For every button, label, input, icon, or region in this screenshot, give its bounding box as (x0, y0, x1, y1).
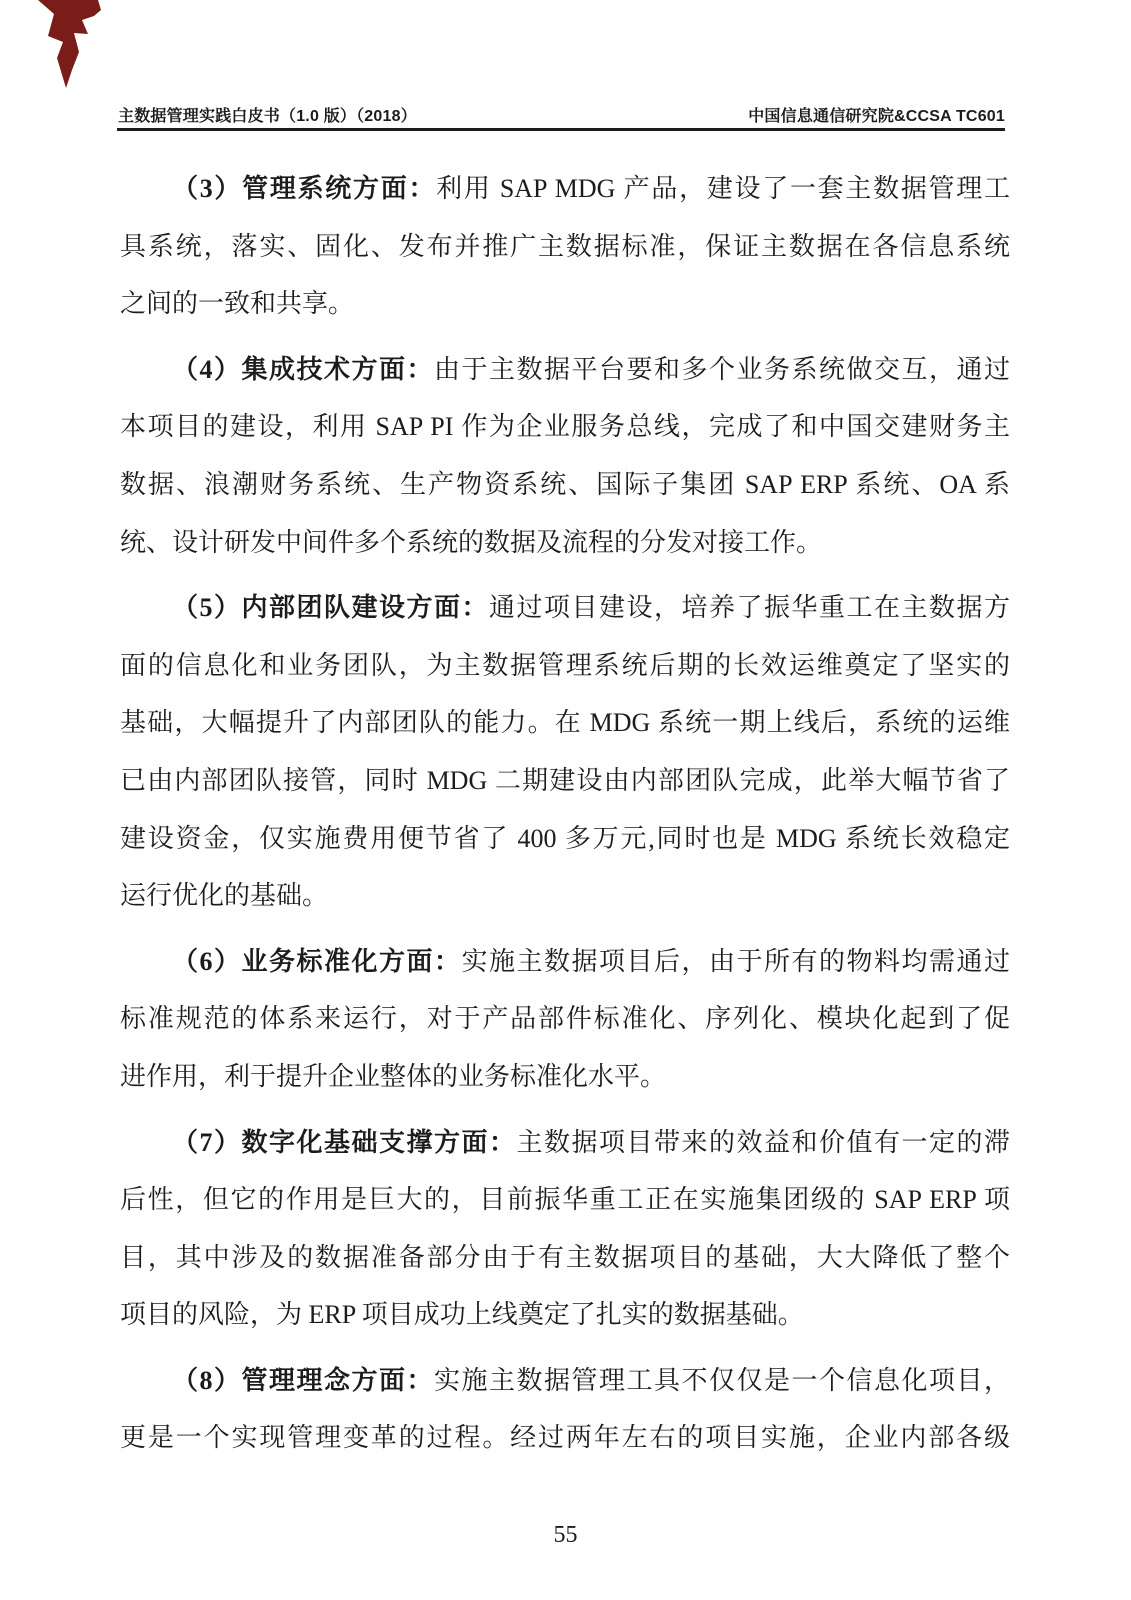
paragraph-line: 数据、浪潮财务系统、生产物资系统、国际子集团 SAP ERP 系统、OA 系 (120, 456, 1010, 514)
paragraph-line: 标准规范的体系来运行，对于产品部件标准化、序列化、模块化起到了促 (120, 990, 1010, 1048)
paragraph-line: 后性，但它的作用是巨大的，目前振华重工正在实施集团级的 SAP ERP 项 (120, 1171, 1010, 1229)
paragraph-line: （8）管理理念方面：实施主数据管理工具不仅仅是一个信息化项目， (120, 1352, 1010, 1410)
page-footer: 55 (0, 1522, 1131, 1549)
paragraph: （7）数字化基础支撑方面：主数据项目带来的效益和价值有一定的滞后性，但它的作用是… (120, 1114, 1010, 1344)
page-number: 55 (554, 1522, 578, 1548)
header-left-title: 主数据管理实践白皮书（1.0 版）（2018） (118, 103, 417, 126)
paragraph-line: 建设资金，仅实施费用便节省了 400 多万元,同时也是 MDG 系统长效稳定 (120, 810, 1010, 868)
paragraph-lead: （4）集成技术方面： (172, 355, 434, 384)
corner-stamp-shape (38, 0, 101, 88)
paragraph-line: 本项目的建设，利用 SAP PI 作为企业服务总线，完成了和中国交建财务主 (120, 398, 1010, 456)
document-page: 主数据管理实践白皮书（1.0 版）（2018） 中国信息通信研究院&CCSA T… (0, 0, 1131, 1600)
paragraph-line: 之间的一致和共享。 (120, 275, 1010, 333)
paragraph-lead: （7）数字化基础支撑方面： (172, 1128, 517, 1157)
paragraph-line: （5）内部团队建设方面：通过项目建设，培养了振华重工在主数据方 (120, 579, 1010, 637)
paragraph: （3）管理系统方面：利用 SAP MDG 产品，建设了一套主数据管理工具系统，落… (120, 160, 1010, 333)
paragraph: （4）集成技术方面：由于主数据平台要和多个业务系统做交互，通过本项目的建设，利用… (120, 341, 1010, 571)
paragraph-lead: （8）管理理念方面： (172, 1366, 434, 1395)
paragraph-line: 基础，大幅提升了内部团队的能力。在 MDG 系统一期上线后，系统的运维 (120, 694, 1010, 752)
paragraph-line: （3）管理系统方面：利用 SAP MDG 产品，建设了一套主数据管理工 (120, 160, 1010, 218)
paragraph-line: 运行优化的基础。 (120, 867, 1010, 925)
page-header: 主数据管理实践白皮书（1.0 版）（2018） 中国信息通信研究院&CCSA T… (118, 103, 1005, 126)
paragraph-line: 目，其中涉及的数据准备部分由于有主数据项目的基础，大大降低了整个 (120, 1229, 1010, 1287)
header-rule (117, 128, 1005, 131)
paragraph-line: 更是一个实现管理变革的过程。经过两年左右的项目实施，企业内部各级 (120, 1409, 1010, 1467)
paragraph: （6）业务标准化方面：实施主数据项目后，由于所有的物料均需通过标准规范的体系来运… (120, 933, 1010, 1106)
corner-stamp-mark (30, 0, 106, 92)
paragraph-lead: （5）内部团队建设方面： (172, 593, 489, 622)
paragraph-line: 已由内部团队接管，同时 MDG 二期建设由内部团队完成，此举大幅节省了 (120, 752, 1010, 810)
paragraph: （8）管理理念方面：实施主数据管理工具不仅仅是一个信息化项目，更是一个实现管理变… (120, 1352, 1010, 1467)
paragraph-line: 项目的风险，为 ERP 项目成功上线奠定了扎实的数据基础。 (120, 1286, 1010, 1344)
paragraph-lead: （6）业务标准化方面： (172, 947, 462, 976)
paragraph-line: （6）业务标准化方面：实施主数据项目后，由于所有的物料均需通过 (120, 933, 1010, 991)
paragraph-lead: （3）管理系统方面： (172, 174, 436, 203)
header-right-org: 中国信息通信研究院&CCSA TC601 (748, 103, 1005, 126)
paragraph-line: （4）集成技术方面：由于主数据平台要和多个业务系统做交互，通过 (120, 341, 1010, 399)
paragraph: （5）内部团队建设方面：通过项目建设，培养了振华重工在主数据方面的信息化和业务团… (120, 579, 1010, 925)
document-body: （3）管理系统方面：利用 SAP MDG 产品，建设了一套主数据管理工具系统，落… (120, 160, 1010, 1475)
paragraph-line: （7）数字化基础支撑方面：主数据项目带来的效益和价值有一定的滞 (120, 1114, 1010, 1172)
paragraph-line: 具系统，落实、固化、发布并推广主数据标准，保证主数据在各信息系统 (120, 218, 1010, 276)
paragraph-line: 统、设计研发中间件多个系统的数据及流程的分发对接工作。 (120, 514, 1010, 572)
paragraph-line: 进作用，利于提升企业整体的业务标准化水平。 (120, 1048, 1010, 1106)
paragraph-line: 面的信息化和业务团队，为主数据管理系统后期的长效运维奠定了坚实的 (120, 637, 1010, 695)
